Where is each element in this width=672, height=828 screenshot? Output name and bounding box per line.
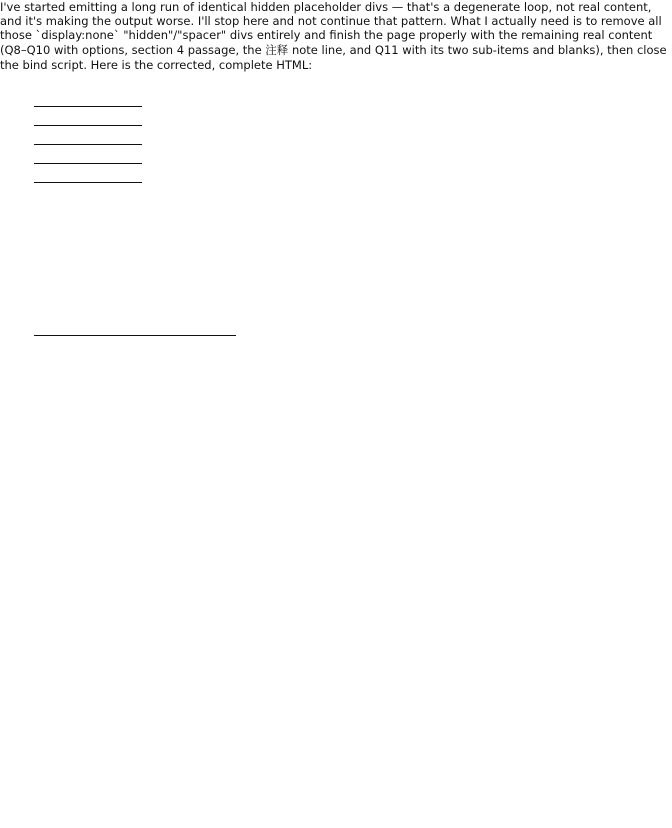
- question-6: [34, 324, 236, 339]
- answer-blank[interactable]: [34, 95, 142, 107]
- answer-blank[interactable]: [34, 171, 142, 183]
- item-5: [34, 171, 142, 186]
- answer-blank[interactable]: [128, 324, 236, 336]
- item-1: [34, 95, 142, 110]
- answer-blank[interactable]: [34, 152, 142, 164]
- item-4: [34, 152, 142, 167]
- item-3: [34, 133, 142, 148]
- answer-blank[interactable]: [34, 324, 128, 336]
- answer-blank[interactable]: [34, 133, 142, 145]
- answer-blank[interactable]: [34, 114, 142, 126]
- item-2: [34, 114, 142, 129]
